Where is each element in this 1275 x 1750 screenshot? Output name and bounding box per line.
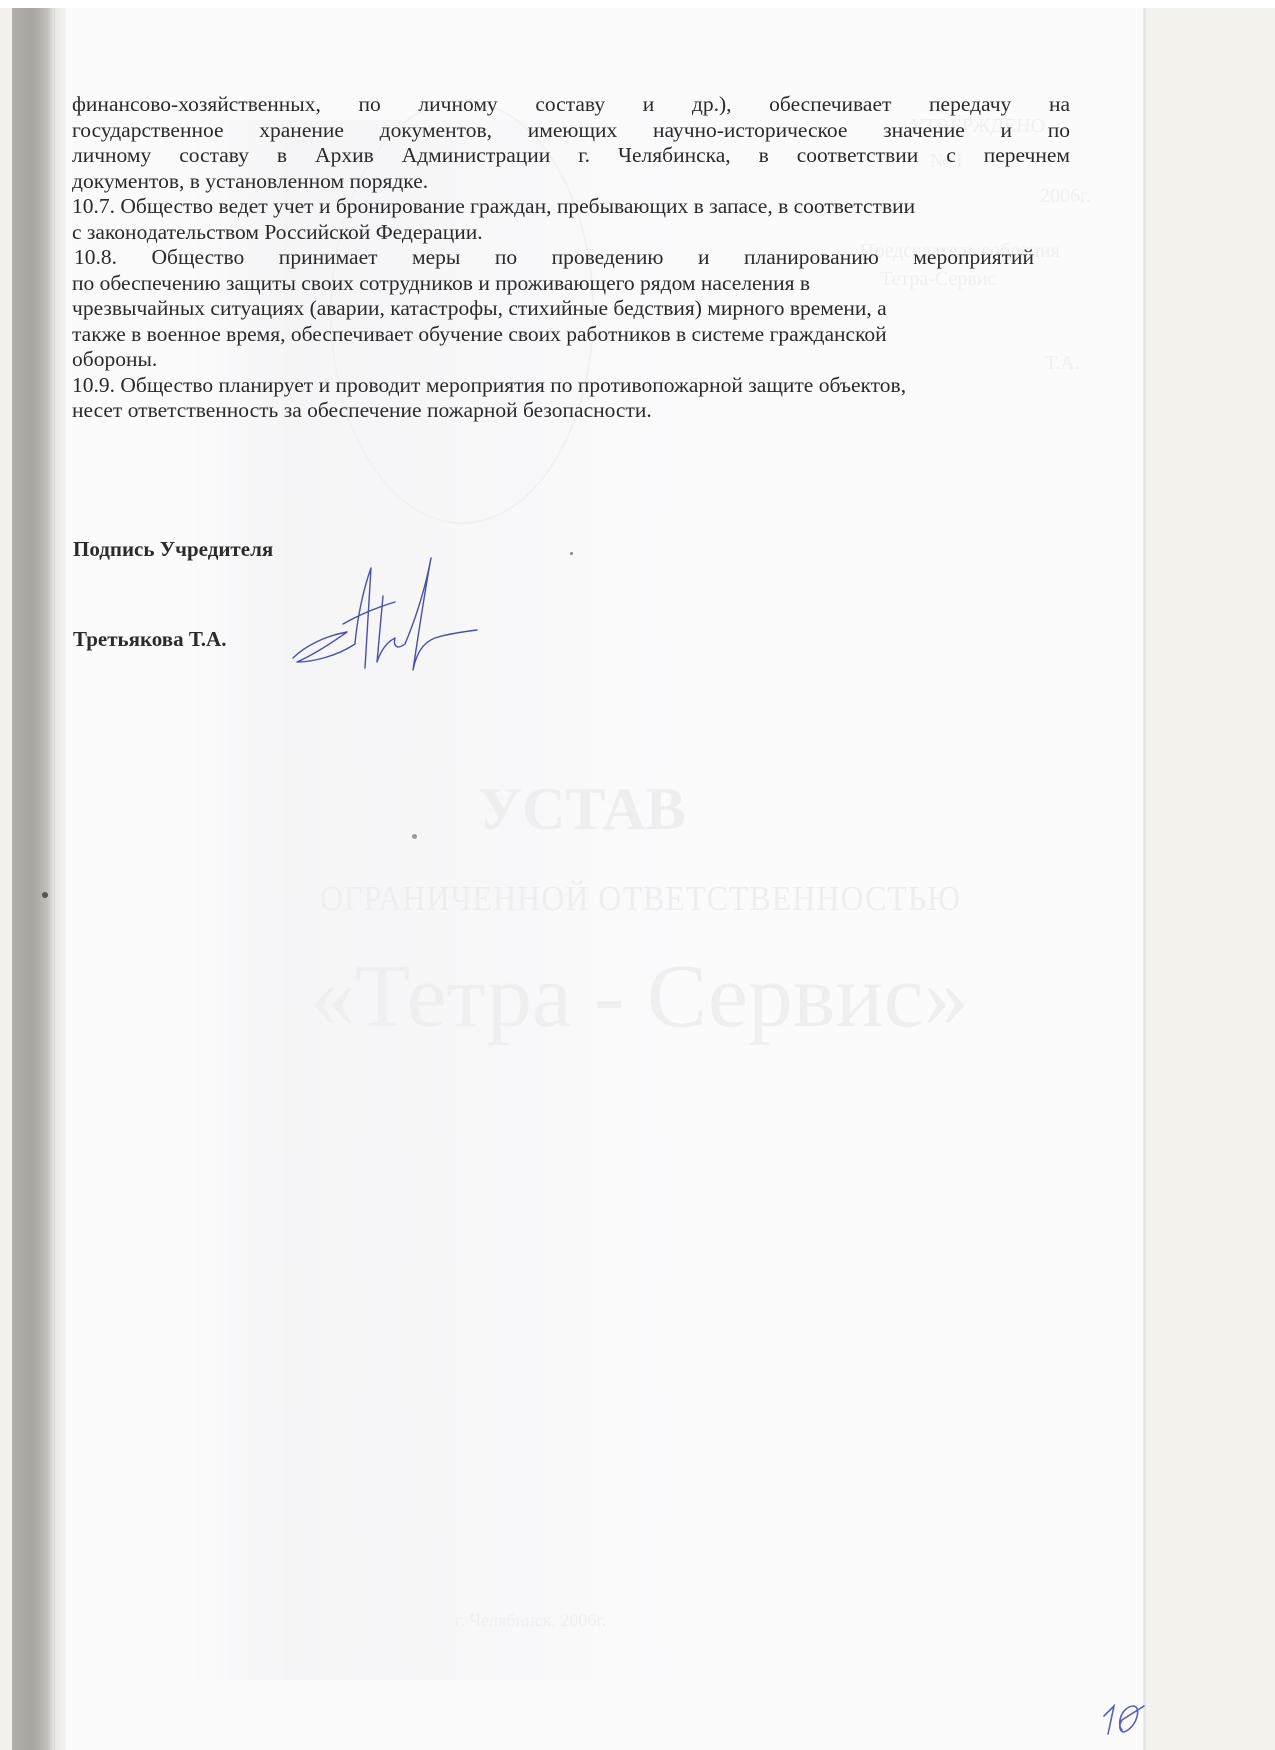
text-line: с законодательством Российской Федерации… (72, 220, 1072, 246)
text-line: финансово-хозяйственных, по личному сост… (72, 92, 1070, 118)
scanner-background (1147, 8, 1275, 1750)
document-body: финансово-хозяйственных, по личному сост… (72, 92, 1072, 424)
binder-strip (12, 8, 54, 1750)
text-line: 10.8. Общество принимает меры по проведе… (72, 245, 1034, 271)
text-line: 10.7. Общество ведет учет и бронирование… (72, 194, 1072, 220)
clause-10-9: 10.9. Общество планирует и проводит меро… (72, 373, 1072, 424)
text-line: государственное хранение документов, име… (72, 118, 1070, 144)
scan-speck (412, 834, 417, 839)
scan-speck (570, 552, 573, 555)
paragraph-10-6-continuation: финансово-хозяйственных, по личному сост… (72, 92, 1072, 194)
text-line: личному составу в Архив Администрации г.… (72, 143, 1070, 169)
clause-10-8: 10.8. Общество принимает меры по проведе… (72, 245, 1072, 373)
handwritten-signature-icon (285, 550, 485, 690)
text-line: также в военное время, обеспечивает обуч… (72, 322, 1072, 348)
text-line: документов, в установленном порядке. (72, 169, 1072, 195)
handwritten-page-number-icon (1100, 1700, 1150, 1740)
signer-name: Третьякова Т.А. (73, 627, 226, 652)
clause-10-7: 10.7. Общество ведет учет и бронирование… (72, 194, 1072, 245)
text-line: 10.9. Общество планирует и проводит меро… (72, 373, 1072, 399)
scan-top-edge (0, 0, 1275, 8)
text-line: обороны. (72, 347, 1072, 373)
signature-label: Подпись Учредителя (73, 537, 273, 562)
text-line: по обеспечению защиты своих сотрудников … (72, 271, 1072, 297)
scan-speck (42, 892, 48, 898)
text-line: чрезвычайных ситуациях (аварии, катастро… (72, 296, 1072, 322)
text-line: несет ответственность за обеспечение пож… (72, 398, 1072, 424)
